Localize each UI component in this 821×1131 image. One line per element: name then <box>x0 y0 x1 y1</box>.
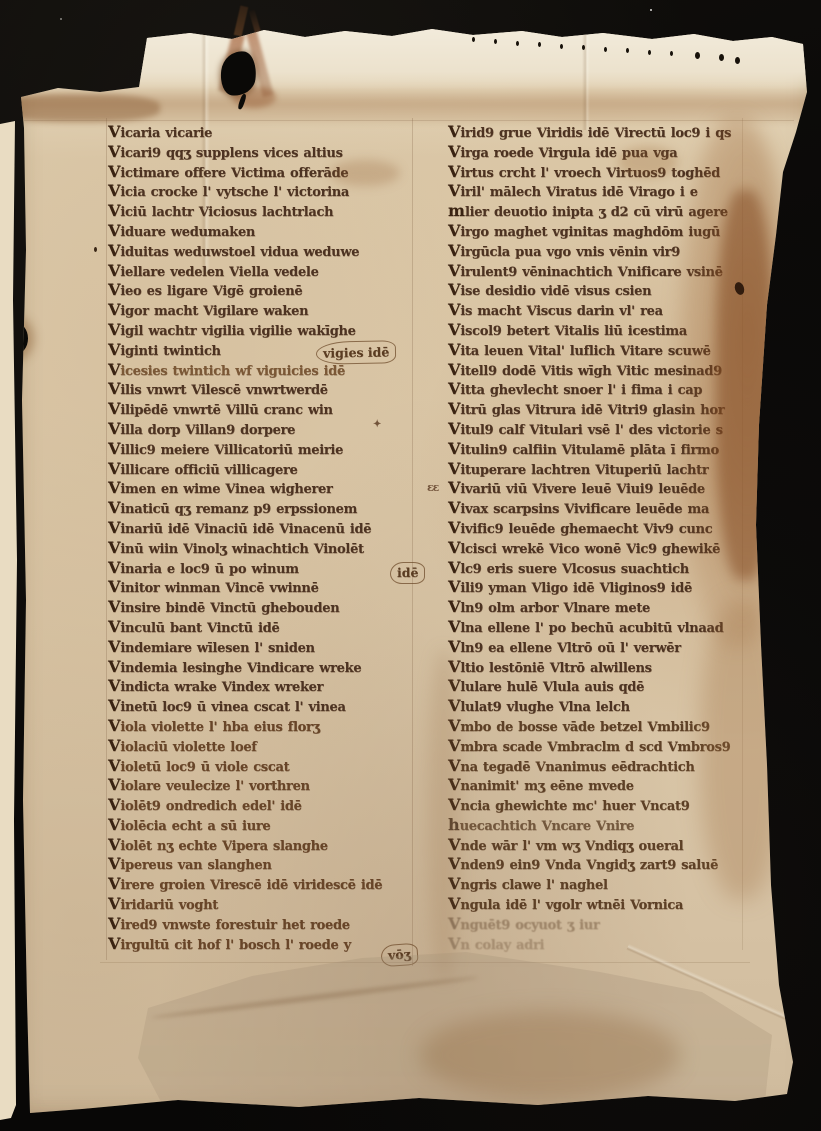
manuscript-text-line: Vnguēt9 ocyuot ʒ iur <box>448 914 788 934</box>
manuscript-text-line: Violēt nʒ echte Vipera slanghe <box>108 835 440 855</box>
parchment-lace-fragment <box>249 10 261 35</box>
parchment-hole <box>94 247 97 252</box>
manuscript-text-line: Vngris clawe l' naghel <box>448 874 788 894</box>
manuscript-text-line: Vired9 vnwste forestuir het roede <box>108 914 440 934</box>
manuscript-text-line: Violēt9 ondredich edel' idē <box>108 795 440 815</box>
manuscript-text-line: Vita leuen Vital' luflich Vitare scuwē <box>448 340 788 360</box>
manuscript-text-line: Vitrū glas Vitrura idē Vitri9 glasin hor <box>448 399 788 419</box>
manuscript-text-line: Vinculū bant Vinctū idē <box>108 617 440 637</box>
manuscript-text-line: Vinetū loc9 ū vinea cscat l' vinea <box>108 696 440 716</box>
parchment-crease <box>582 30 590 130</box>
manuscript-text-line: Virga roede Virgula idē pua vga <box>448 142 788 162</box>
manuscript-text-line: Virgūcla pua vgo vnis vēnin vir9 <box>448 241 788 261</box>
manuscript-text-line: Vmbra scade Vmbraclm d scd Vmbros9 <box>448 736 788 756</box>
manuscript-text-line: Vlulat9 vlughe Vlna lelch <box>448 696 788 716</box>
manuscript-text-line: Vlcisci wrekē Vico wonē Vic9 ghewikē <box>448 538 788 558</box>
manuscript-text-line: Vicaria vicarie <box>108 122 440 142</box>
manuscript-text-line: Vinū wiin Vinolʒ winachtich Vinolēt <box>108 538 440 558</box>
manuscript-text-line: Vilis vnwrt Vilescē vnwrtwerdē <box>108 379 440 399</box>
manuscript-text-line: Vitul9 calf Vitulari vsē l' des victorie… <box>448 419 788 439</box>
manuscript-text-line: Vnde wār l' vm wʒ Vndiqʒ oueral <box>448 835 788 855</box>
manuscript-text-line: Vna tegadē Vnanimus eēdrachtich <box>448 756 788 776</box>
manuscript-text-line: Viscol9 betert Vitalis liū icestima <box>448 320 788 340</box>
manuscript-text-line: Vitulin9 calfiin Vitulamē plāta ī firmo <box>448 439 788 459</box>
manuscript-text-line: Vindicta wrake Vindex wreker <box>108 676 440 696</box>
manuscript-text-line: Villicare officiū villicagere <box>108 459 440 479</box>
manuscript-text-line: Vitell9 dodē Vitis wīgh Vitic mesinad9 <box>448 360 788 380</box>
manuscript-text-line: Vlulare hulē Vlula auis qdē <box>448 676 788 696</box>
manuscript-text-line: Vis macht Viscus darin vl' rea <box>448 300 788 320</box>
manuscript-text-line: Virulent9 vēninachtich Vnificare vsinē <box>448 261 788 281</box>
manuscript-text-line: Violaciū violette loef <box>108 736 440 756</box>
manuscript-text-line: Vinsire bindē Vinctū ghebouden <box>108 597 440 617</box>
manuscript-text-line: Virtus crcht l' vroech Virtuos9 toghēd <box>448 162 788 182</box>
manuscript-text-line: Vieo es ligare Vigē groienē <box>108 280 440 300</box>
manuscript-text-line: Villa dorp Villan9 dorpere <box>108 419 440 439</box>
circled-gloss-note: vigies idē <box>316 340 397 364</box>
manuscript-folio: Vicaria vicarieVicari9 qqʒ supplens vice… <box>0 0 821 1131</box>
parchment-top-margin <box>0 28 821 90</box>
manuscript-text-line: Vigor macht Vigilare waken <box>108 300 440 320</box>
manuscript-text-line: Vili9 yman Vligo idē Vliginos9 idē <box>448 577 788 597</box>
manuscript-text-line: Virid9 grue Viridis idē Virectū loc9 i q… <box>448 122 788 142</box>
manuscript-text-line: Viril' mālech Viratus idē Virago i e <box>448 181 788 201</box>
manuscript-text-line: Vivariū viū Vivere leuē Viui9 leuēde <box>448 478 788 498</box>
manuscript-text-line: Vigil wachtr vigilia vigilie wakīghe <box>108 320 440 340</box>
manuscript-text-line: Villic9 meiere Villicatoriū meirie <box>108 439 440 459</box>
text-column-left: Vicaria vicarieVicari9 qqʒ supplens vice… <box>108 122 440 953</box>
manuscript-text-line: Vinaticū qʒ remanz p9 erpssionem <box>108 498 440 518</box>
manuscript-text-line: Vimen en wime Vinea wigherer <box>108 478 440 498</box>
manuscript-text-line: Vltio lestōniē Vltrō alwillens <box>448 657 788 677</box>
manuscript-text-line: Vilipēdē vnwrtē Villū cranc win <box>108 399 440 419</box>
manuscript-text-line: Victimare offere Victima offerāde <box>108 162 440 182</box>
manuscript-text-line: Viduitas weduwstoel vidua weduwe <box>108 241 440 261</box>
manuscript-text-line: Vlc9 eris suere Vlcosus suachtich <box>448 558 788 578</box>
dust-speck <box>650 9 652 11</box>
manuscript-text-line: Vinariū idē Vinaciū idē Vinacenū idē <box>108 518 440 538</box>
manuscript-text-line: Vicia crocke l' vytsche l' victorina <box>108 181 440 201</box>
manuscript-text-line: Vivax scarpsins Vivificare leuēde ma <box>448 498 788 518</box>
parchment-hole <box>20 161 24 168</box>
manuscript-text-line: Vnden9 ein9 Vnda Vngidʒ zart9 saluē <box>448 854 788 874</box>
manuscript-text-line: Viola violette l' hba eius florʒ <box>108 716 440 736</box>
manuscript-text-line: Vicesies twintich wf viguicies idē <box>108 360 440 380</box>
line-end-mark: ✦ <box>373 419 381 430</box>
manuscript-text-line: huecachtich Vncare Vnire <box>448 815 788 835</box>
manuscript-text-line: Vlna ellene l' po bechū acubitū vlnaad <box>448 617 788 637</box>
manuscript-text-line: Vindemiare wīlesen l' sniden <box>108 637 440 657</box>
horizontal-stain-band <box>0 94 160 122</box>
manuscript-text-line: Vmbo de bosse vāde betzel Vmbilic9 <box>448 716 788 736</box>
manuscript-text-line: Vn colay adri <box>448 934 788 954</box>
manuscript-text-line: Vipereus van slanghen <box>108 854 440 874</box>
manuscript-text-line: Vindemia lesinghe Vindicare wreke <box>108 657 440 677</box>
manuscript-text-line: Vngula idē l' vgolr wtnēi Vornica <box>448 894 788 914</box>
photograph-background: Vicaria vicarieVicari9 qqʒ supplens vice… <box>0 0 821 1131</box>
manuscript-text-line: Viellare vedelen Viella vedele <box>108 261 440 281</box>
manuscript-text-line: Virgo maghet vginitas maghdōm iugū <box>448 221 788 241</box>
manuscript-text-line: Violēcia echt a sū iure <box>108 815 440 835</box>
manuscript-text-line: Viduare wedumaken <box>108 221 440 241</box>
pricking-holes-row <box>472 37 475 42</box>
manuscript-text-line: Vnanimit' mʒ eēne mvede <box>448 775 788 795</box>
circled-gloss-note: vōʒ <box>380 943 418 968</box>
parchment-lace-fragment <box>234 5 249 36</box>
manuscript-text-line: Vivific9 leuēde ghemaecht Viv9 cunc <box>448 518 788 538</box>
manuscript-text-line: Vituperare lachtren Vituperiū lachtr <box>448 459 788 479</box>
manuscript-text-line: Vitta ghevlecht snoer l' i fima i cap <box>448 379 788 399</box>
manuscript-text-line: Vncia ghewichte mc' huer Vncat9 <box>448 795 788 815</box>
ruling-line-horizontal <box>24 120 794 121</box>
manuscript-text-line: Violare veulecize l' vorthren <box>108 775 440 795</box>
manuscript-text-line: Virere groien Virescē idē viridescē idē <box>108 874 440 894</box>
manuscript-text-line: Vln9 ea ellene Vltrō oū l' verwēr <box>448 637 788 657</box>
manuscript-text-line: Vinitor winman Vincē vwinnē <box>108 577 440 597</box>
manuscript-text-line: Viciū lachtr Viciosus lachtrlach <box>108 201 440 221</box>
circled-gloss-note: idē <box>390 562 425 584</box>
manuscript-text-line: Vicari9 qqʒ supplens vices altius <box>108 142 440 162</box>
ruling-line-vertical <box>106 118 107 960</box>
manuscript-text-line: mlier deuotio inipta ʒ d2 cū virū agere <box>448 201 788 221</box>
manuscript-text-line: Violetū loc9 ū viole cscat <box>108 756 440 776</box>
manuscript-text-line: Viridariū voght <box>108 894 440 914</box>
gutter-mark: ɛɛ <box>427 481 438 494</box>
manuscript-text-line: Vln9 olm arbor Vlnare mete <box>448 597 788 617</box>
text-column-right: Virid9 grue Viridis idē Virectū loc9 i q… <box>448 122 788 953</box>
